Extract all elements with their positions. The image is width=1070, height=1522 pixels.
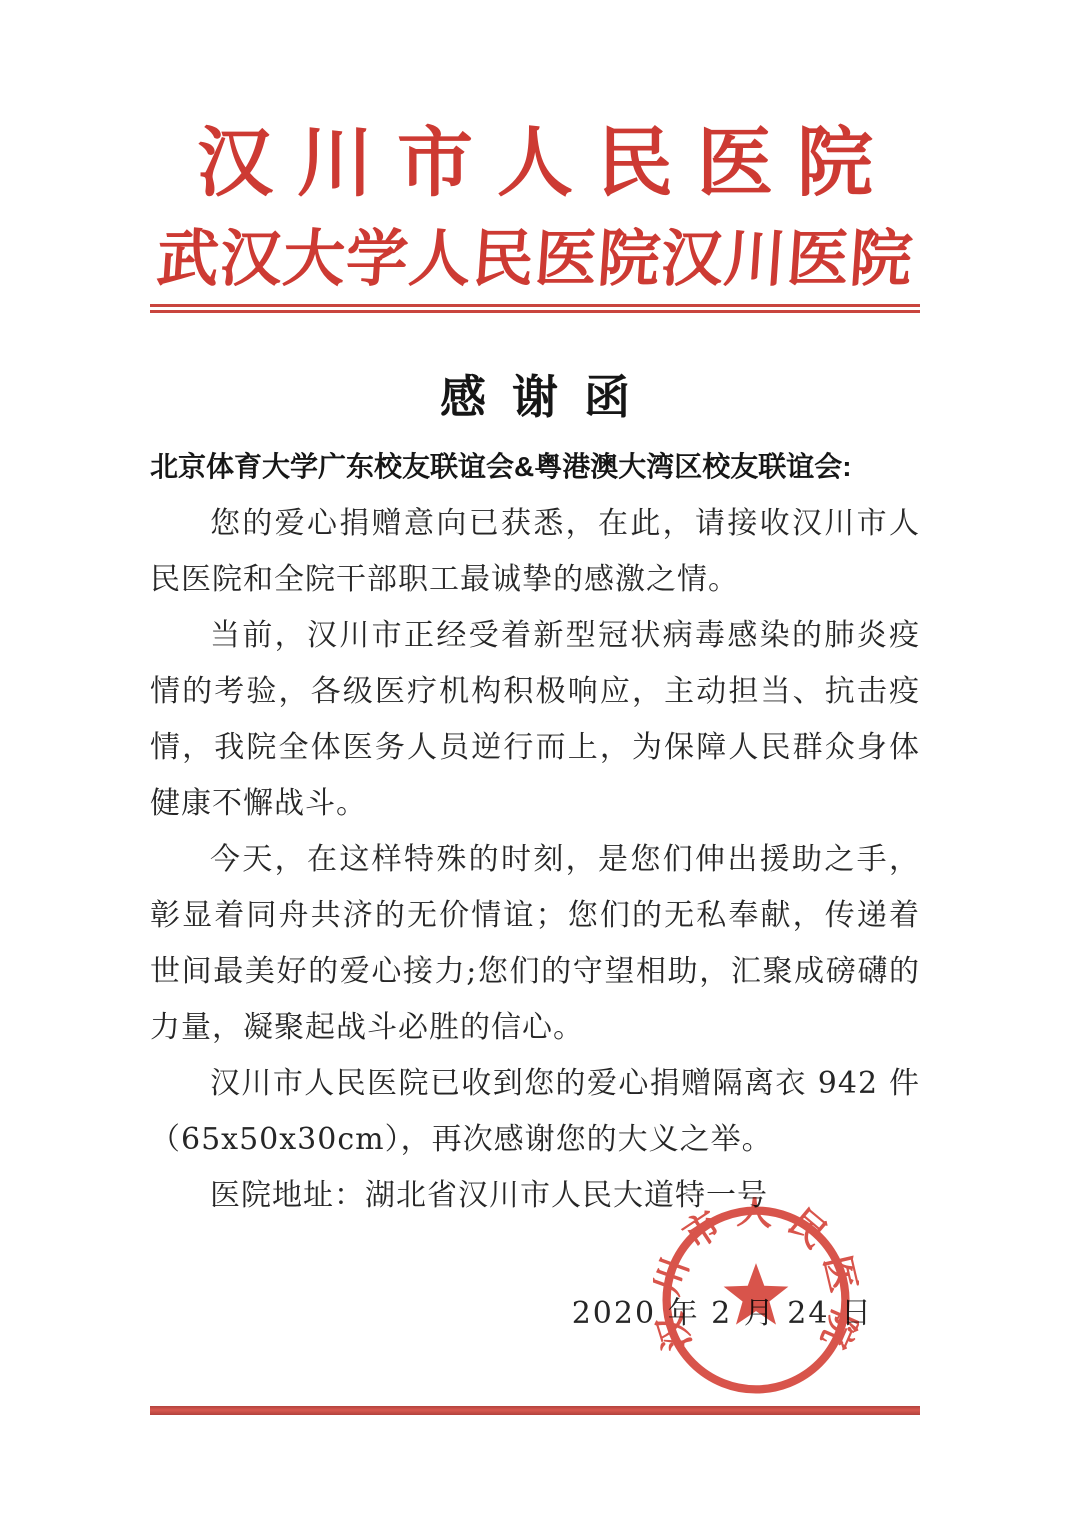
paragraph-1: 您的爱心捐赠意向已获悉，在此，请接收汉川市人民医院和全院干部职工最诚挚的感激之情…	[150, 496, 920, 608]
letterhead-divider	[150, 304, 920, 313]
thank-you-letter-page: 汉川市人民医院 武汉大学人民医院汉川医院 感谢函 北京体育大学广东校友联谊会&粤…	[0, 0, 1070, 1522]
paragraph-3: 今天，在这样特殊的时刻，是您们伸出援助之手，彰显着同舟共济的无价情谊；您们的无私…	[150, 832, 920, 1056]
paragraph-address: 医院地址：湖北省汉川市人民大道特一号	[150, 1168, 920, 1224]
letter-title: 感谢函	[150, 375, 920, 421]
letter-body: 感谢函 北京体育大学广东校友联谊会&粤港澳大湾区校友联谊会: 您的爱心捐赠意向已…	[0, 375, 1070, 1342]
footer-divider	[150, 1406, 920, 1415]
addressee-line: 北京体育大学广东校友联谊会&粤港澳大湾区校友联谊会:	[150, 452, 920, 482]
paragraph-4: 汉川市人民医院已收到您的爱心捐赠隔离衣 942 件（65x50x30cm），再次…	[150, 1056, 920, 1168]
letterhead: 汉川市人民医院 武汉大学人民医院汉川医院	[0, 0, 1070, 313]
hospital-name: 汉川市人民医院	[150, 124, 920, 204]
paragraph-2: 当前，汉川市正经受着新型冠状病毒感染的肺炎疫情的考验，各级医疗机构积极响应，主动…	[150, 608, 920, 832]
hospital-subtitle-calligraphy: 武汉大学人民医院汉川医院	[147, 220, 922, 298]
letter-date: 2020 年 2 月 24 日	[150, 1286, 920, 1342]
letter-paragraphs: 您的爱心捐赠意向已获悉，在此，请接收汉川市人民医院和全院干部职工最诚挚的感激之情…	[150, 496, 920, 1224]
